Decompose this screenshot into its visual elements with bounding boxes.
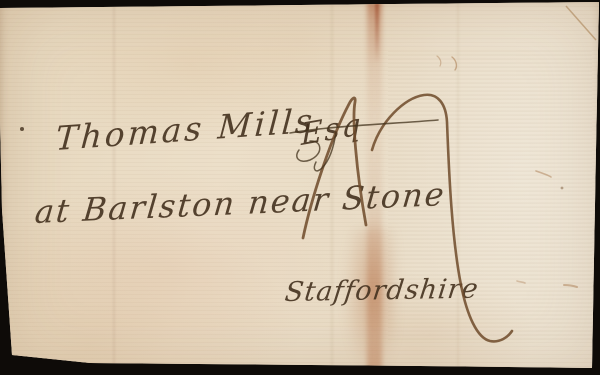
handwriting-layer: Thomas Mills Esq at Barlston near Stone …: [0, 0, 600, 375]
ink-speckles: [437, 56, 577, 287]
address-line-3: Staffordshire: [283, 274, 480, 308]
crease-line-top-right: [566, 6, 596, 40]
address-line-1: Thomas Mills: [54, 101, 316, 158]
ink-dot: [20, 127, 24, 131]
photo-background: Thomas Mills Esq at Barlston near Stone …: [0, 0, 600, 375]
address-line-2: at Barlston near Stone: [33, 175, 447, 231]
